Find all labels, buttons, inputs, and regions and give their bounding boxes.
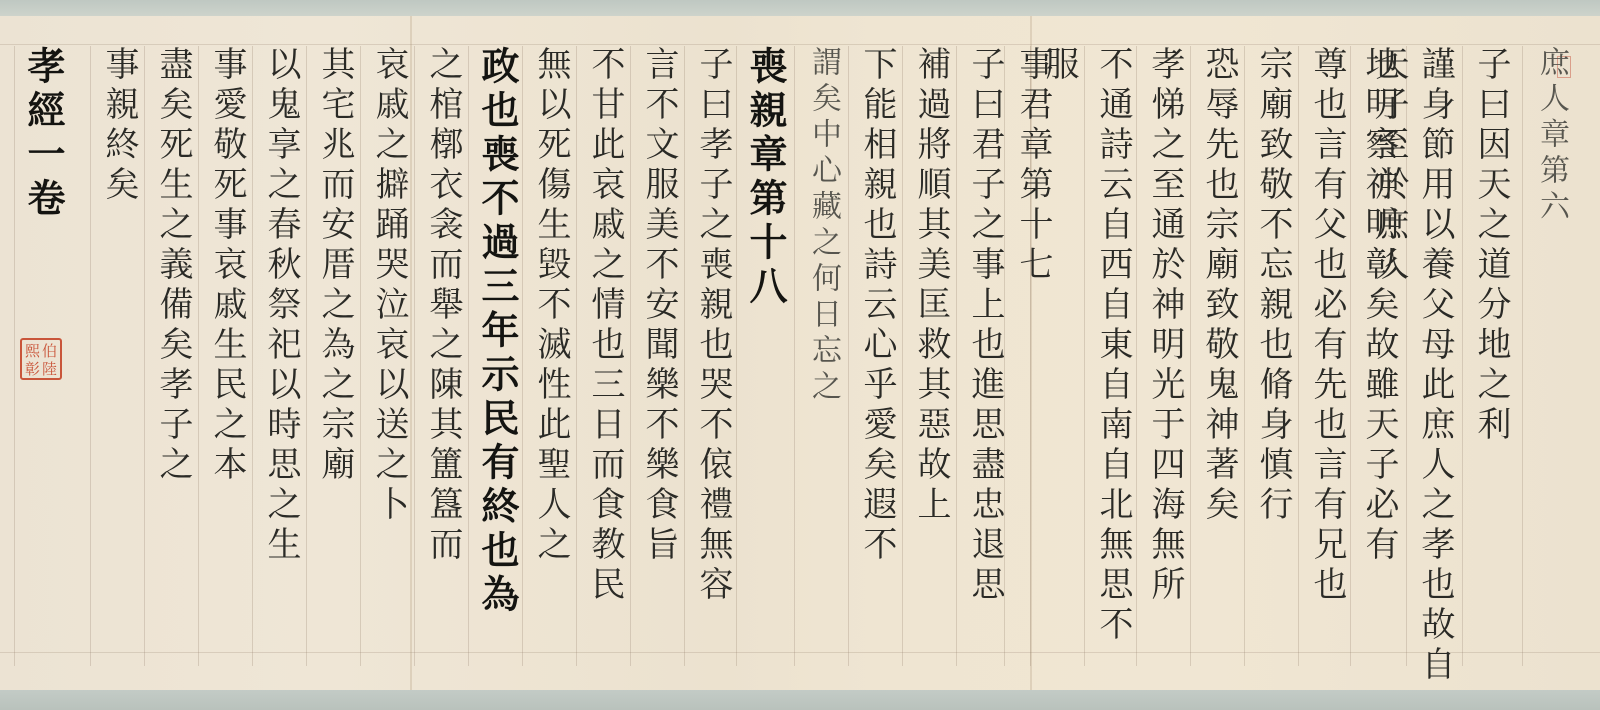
column-rule bbox=[956, 46, 957, 666]
calligraphy-column: 孝經一卷 bbox=[20, 46, 66, 222]
red-seal: 熙 伯 彰 陸 bbox=[20, 338, 62, 380]
seal-char: 彰 bbox=[25, 360, 40, 378]
column-rule bbox=[14, 46, 15, 666]
seal-char: 熙 bbox=[25, 342, 40, 360]
bottom-margin-rule bbox=[0, 652, 1600, 653]
calligraphy-column: 事愛敬死事哀戚生民之本 bbox=[204, 46, 250, 486]
column-rule bbox=[736, 46, 737, 666]
calligraphy-column: 子曰君子之事上也進思盡忠退思 bbox=[962, 46, 1008, 606]
column-rule bbox=[468, 46, 469, 666]
scroll-mount-top bbox=[0, 0, 1600, 16]
calligraphy-column: 子曰孝子之喪親也哭不偯禮無容 bbox=[690, 46, 736, 606]
column-rule bbox=[902, 46, 903, 666]
column-rule bbox=[1298, 46, 1299, 666]
calligraphy-column: 喪親章第十八 bbox=[742, 46, 788, 310]
column-rule bbox=[522, 46, 523, 666]
column-rule bbox=[1136, 46, 1137, 666]
calligraphy-column: 以鬼享之春秋祭祀以時思之生 bbox=[258, 46, 304, 566]
scroll-paper: 熙 伯 彰 陸 庶人章第六子曰因天之道分地之利謹身節用以養父母此庶人之孝也故自天… bbox=[0, 16, 1600, 690]
top-margin-rule bbox=[0, 44, 1600, 45]
calligraphy-column: 宗廟致敬不忘親也脩身慎行 bbox=[1250, 46, 1296, 526]
column-rule bbox=[306, 46, 307, 666]
column-rule bbox=[794, 46, 795, 666]
calligraphy-column: 哀戚之擗踊哭泣哀以送之卜 bbox=[366, 46, 412, 526]
calligraphy-column: 謂矣中心藏之何日忘之 bbox=[800, 46, 846, 406]
calligraphy-column: 下能相親也詩云心乎愛矣遐不 bbox=[854, 46, 900, 566]
calligraphy-column: 恐辱先也宗廟致敬鬼神著矣 bbox=[1196, 46, 1242, 526]
seal-char: 伯 bbox=[42, 342, 57, 360]
calligraphy-column: 尊也言有父也必有先也言有兄也 bbox=[1304, 46, 1350, 606]
calligraphy-column: 言不文服美不安聞樂不樂食旨 bbox=[636, 46, 682, 566]
column-rule bbox=[360, 46, 361, 666]
column-rule bbox=[848, 46, 849, 666]
column-rule bbox=[684, 46, 685, 666]
column-rule bbox=[1244, 46, 1245, 666]
seal-char: 陸 bbox=[42, 360, 57, 378]
column-rule bbox=[144, 46, 145, 666]
column-rule bbox=[1462, 46, 1463, 666]
calligraphy-column: 事君章第十七 bbox=[1010, 46, 1056, 286]
column-rule bbox=[1190, 46, 1191, 666]
scroll-mount-bottom bbox=[0, 690, 1600, 710]
calligraphy-column: 子曰因天之道分地之利 bbox=[1468, 46, 1514, 446]
calligraphy-column: 不通詩云自西自東自南自北無思不 bbox=[1090, 46, 1136, 646]
column-rule bbox=[1522, 46, 1523, 666]
calligraphy-column: 孝悌之至通於神明光于四海無所 bbox=[1142, 46, 1188, 606]
calligraphy-column: 地明察神明彰矣故雖天子必有 bbox=[1356, 46, 1402, 566]
column-rule bbox=[1084, 46, 1085, 666]
calligraphy-column: 補過將順其美匡救其惡故上 bbox=[908, 46, 954, 526]
calligraphy-column: 庶人章第六 bbox=[1528, 46, 1574, 226]
calligraphy-column: 其宅兆而安厝之為之宗廟 bbox=[312, 46, 358, 486]
column-rule bbox=[576, 46, 577, 666]
column-rule bbox=[252, 46, 253, 666]
calligraphy-column: 政也喪不過三年示民有終也為 bbox=[474, 46, 520, 618]
calligraphy-column: 不甘此哀戚之情也三日而食教民 bbox=[582, 46, 628, 606]
column-rule bbox=[414, 46, 415, 666]
calligraphy-column: 之棺槨衣衾而舉之陳其簠簋而 bbox=[420, 46, 466, 566]
calligraphy-column: 事親終矣 bbox=[96, 46, 142, 206]
calligraphy-column: 無以死傷生毀不滅性此聖人之 bbox=[528, 46, 574, 566]
calligraphy-column: 謹身節用以養父母此庶人之孝也故自天子至於庶人 bbox=[1412, 46, 1458, 690]
calligraphy-column: 盡矣死生之義備矣孝子之 bbox=[150, 46, 196, 486]
column-rule bbox=[90, 46, 91, 666]
column-rule bbox=[630, 46, 631, 666]
column-rule bbox=[1350, 46, 1351, 666]
column-rule bbox=[198, 46, 199, 666]
